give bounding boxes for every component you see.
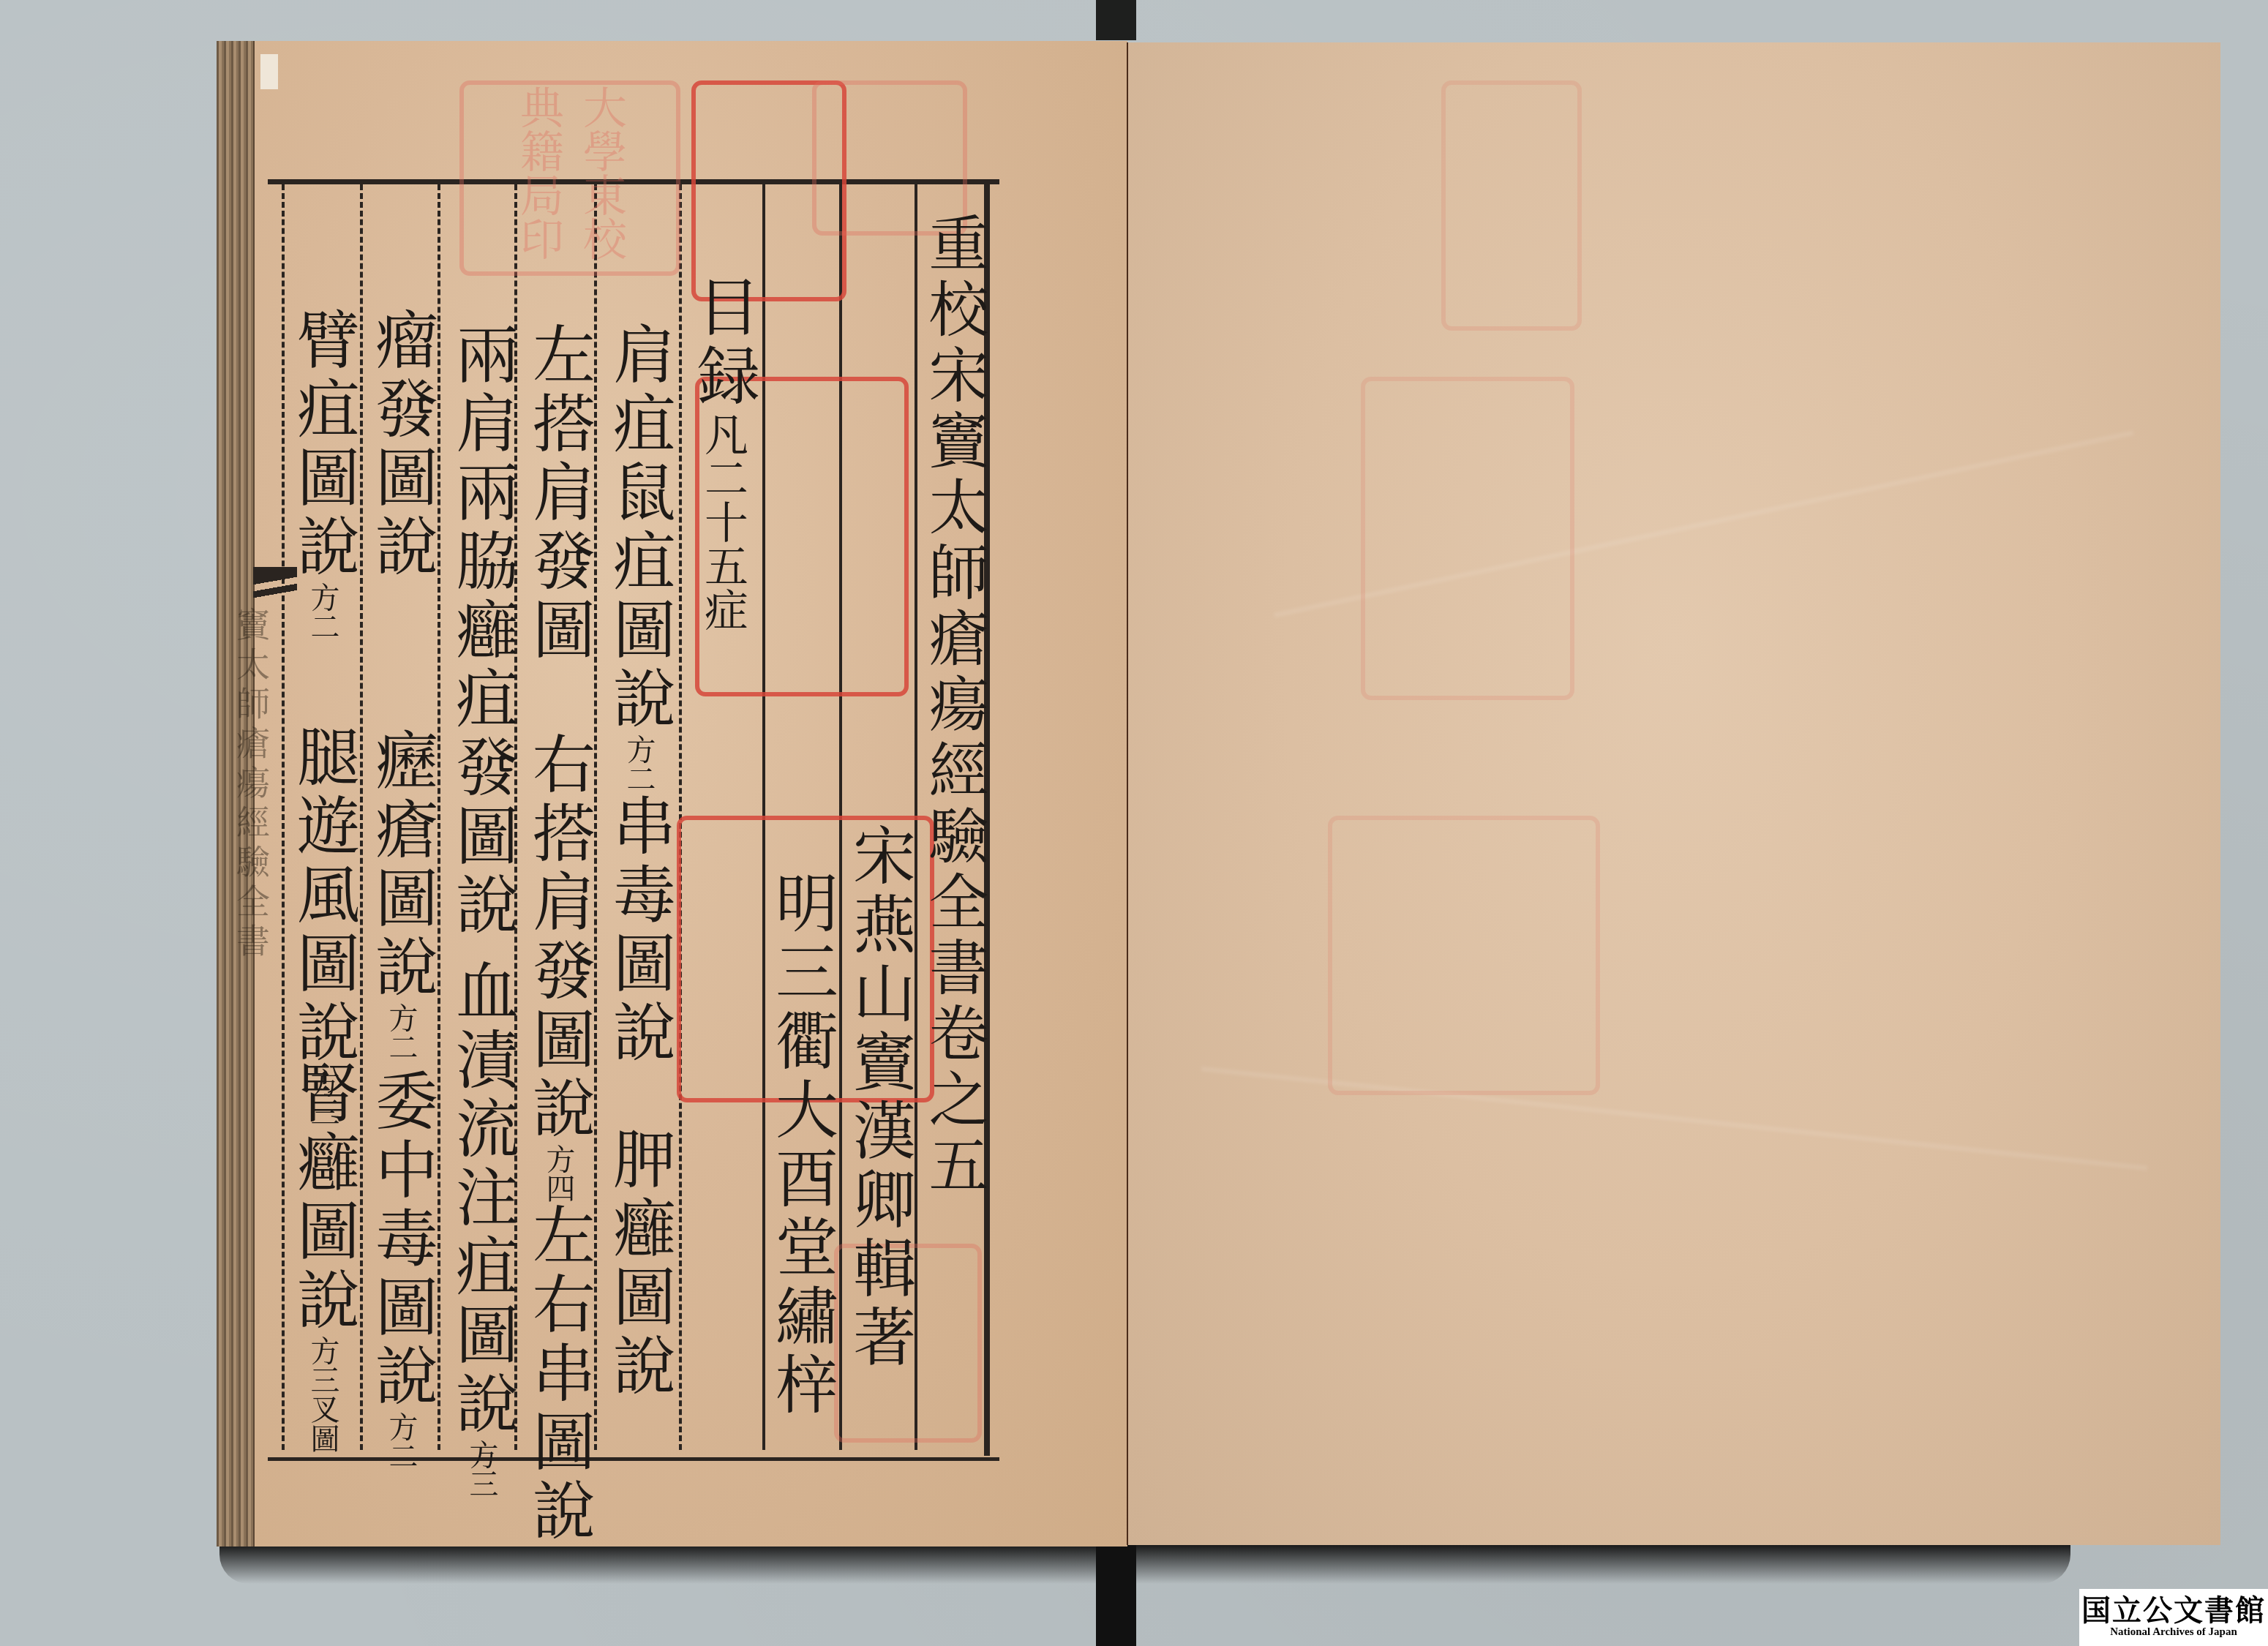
spine-text: 竇太師瘡瘍經驗全書: [234, 607, 268, 963]
book-shadow: [219, 1544, 2070, 1584]
toc-entry: 腎癰圖說方三叉圖: [291, 1061, 354, 1453]
toc-entry: 胛癰圖說: [607, 1127, 670, 1402]
toc-entry: 臂疽圖說方二: [291, 307, 354, 641]
author-line-compiler: 宋燕山竇漢卿輯著: [847, 823, 910, 1373]
seal-offset-top: [1441, 80, 1582, 331]
logo-japanese: 国立公文書館: [2081, 1596, 2266, 1626]
book-title-column: 重校宋竇太師瘡瘍經驗全書卷之五: [923, 212, 983, 1200]
toc-heading: 目録凡二十五症: [691, 274, 754, 631]
right-page: [1127, 42, 2220, 1545]
toc-entry: 兩肩兩脇癰疽發圖說: [450, 322, 513, 941]
author-line-publisher: 明三衢大酉堂繡梓: [770, 871, 833, 1421]
column-rule: [438, 184, 440, 1450]
toc-entry: 肩疽鼠疽圖說方二串毒圖說: [607, 322, 670, 1068]
toc-entry: 左搭肩發圖: [527, 322, 590, 666]
toc-entry: 瘤發圖說: [369, 307, 432, 582]
binding-strap-top: [1096, 0, 1136, 40]
toc-entry: 委中毒圖說方二: [369, 1068, 432, 1470]
toc-entry: 癧瘡圖說方二: [369, 728, 432, 1061]
column-rule: [360, 184, 363, 1450]
seal-offset-bottom: [1328, 816, 1600, 1095]
binding-strap-bottom: [1096, 1544, 1136, 1646]
logo-english: National Archives of Japan: [2110, 1626, 2237, 1639]
column-rule: [282, 184, 285, 1450]
seal-daigaku: 大學東校典籍局印: [459, 80, 680, 276]
seal-offset-mid: [1361, 377, 1574, 700]
toc-entry: 血漬流注疽圖說方三: [450, 958, 513, 1498]
toc-entry: 右搭肩發圖說方四左右串圖說: [527, 732, 590, 1547]
archive-logo: 国立公文書館 National Archives of Japan: [2079, 1589, 2268, 1646]
paper-tab: [260, 54, 278, 89]
